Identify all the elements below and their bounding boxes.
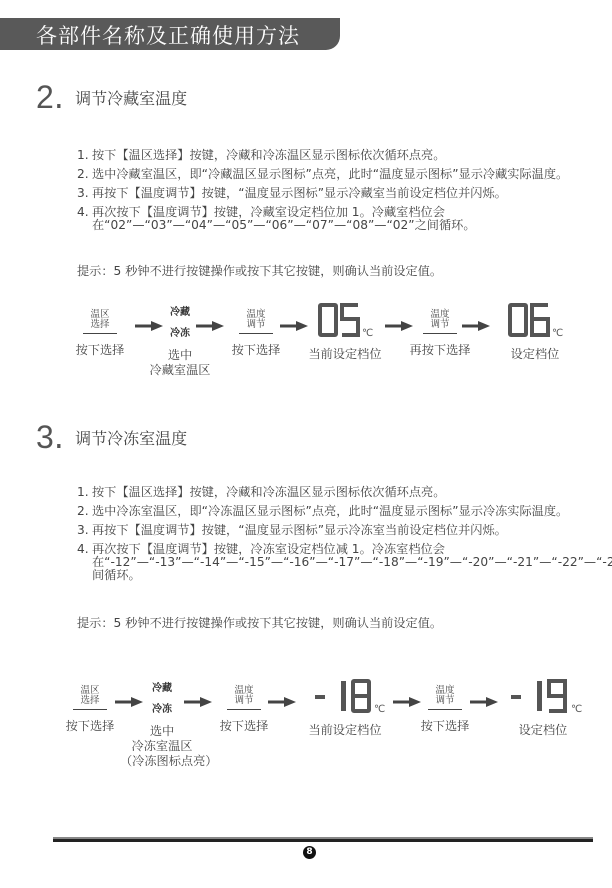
section-title: 调节冷冻室温度	[75, 429, 187, 448]
arrow-right-icon	[196, 321, 224, 331]
temp-adjust-button: 温度调节 按下选择	[410, 686, 480, 734]
arrow-right-icon	[184, 697, 212, 707]
svg-text:℃: ℃	[362, 328, 373, 339]
temp-adjust-button: 温度调节 按下选择	[214, 686, 274, 734]
section-3-tip: 提示：5 秒钟不进行按键操作或按下其它按键，则确认当前设定值。	[77, 614, 442, 631]
page-number: 8	[303, 846, 316, 859]
lcd-display-set: ℃ 设定档位	[495, 302, 575, 362]
step-item: 4.再次按下【温度调节】按键，冷冻室设定档位减 1。冷冻室档位会在“-12”—“…	[77, 543, 582, 582]
zone-select-button: 温区选择 按下选择	[70, 310, 130, 358]
svg-text:℃: ℃	[552, 328, 563, 339]
lcd-display-current: ℃ 当前设定档位	[300, 302, 390, 362]
temp-adjust-button: 温度调节 按下选择	[226, 310, 286, 358]
chapter-banner: 各部件名称及正确使用方法	[0, 18, 340, 50]
section-3-heading: 3. 调节冷冻室温度	[36, 418, 187, 456]
section-title: 调节冷藏室温度	[75, 89, 187, 108]
footer-divider	[53, 837, 593, 842]
step-item: 1.按下【温区选择】按键，冷藏和冷冻温区显示图标依次循环点亮。	[77, 486, 582, 499]
zone-select-button: 温区选择 按下选择	[60, 686, 120, 734]
section-number: 2	[36, 79, 54, 115]
section-2-steps: 1.按下【温区选择】按键，冷藏和冷冻温区显示图标依次循环点亮。 2.选中冷藏室温…	[77, 149, 582, 238]
lcd-digits-06: ℃	[506, 302, 564, 340]
lcd-display-set: ℃ 设定档位	[498, 678, 588, 738]
lcd-digits-05: ℃	[316, 302, 374, 340]
section-3-flow-diagram: 温区选择 按下选择 冷藏冷冻 选中 冷冻室温区 （冷冻图标点亮） 温度调节 按下…	[0, 678, 612, 798]
section-number: 3	[36, 419, 54, 455]
temp-adjust-button: 温度调节 再按下选择	[405, 310, 475, 358]
section-3-steps: 1.按下【温区选择】按键，冷藏和冷冻温区显示图标依次循环点亮。 2.选中冷冻室温…	[77, 486, 582, 588]
svg-text:℃: ℃	[374, 704, 385, 715]
step-item: 1.按下【温区选择】按键，冷藏和冷冻温区显示图标依次循环点亮。	[77, 149, 582, 162]
section-2-tip: 提示：5 秒钟不进行按键操作或按下其它按键，则确认当前设定值。	[77, 262, 442, 279]
arrow-right-icon	[462, 321, 490, 331]
section-2-flow-diagram: 温区选择 按下选择 冷藏冷冻 选中 冷藏室温区 温度调节 按下选择 ℃ 当前设定…	[0, 300, 612, 420]
zone-icons: 冷藏冷冻 选中 冷冻室温区 （冷冻图标点亮）	[120, 678, 204, 769]
step-item: 3.再按下【温度调节】按键，“温度显示图标”显示冷藏室当前设定档位并闪烁。	[77, 187, 582, 200]
lcd-display-current: ℃ 当前设定档位	[300, 678, 390, 738]
arrow-right-icon	[470, 697, 498, 707]
lcd-digits-minus-19: ℃	[501, 678, 585, 716]
chapter-title: 各部件名称及正确使用方法	[36, 20, 300, 50]
step-item: 2.选中冷藏室温区，即“冷藏温区显示图标”点亮，此时“温度显示图标”显示冷藏实际…	[77, 168, 582, 181]
step-item: 2.选中冷冻室温区，即“冷冻温区显示图标”点亮，此时“温度显示图标”显示冷冻实际…	[77, 505, 582, 518]
section-2-heading: 2. 调节冷藏室温度	[36, 78, 187, 116]
svg-text:℃: ℃	[571, 704, 582, 715]
step-item: 3.再按下【温度调节】按键，“温度显示图标”显示冷冻室当前设定档位并闪烁。	[77, 524, 582, 537]
step-item: 4.再次按下【温度调节】按键，冷藏室设定档位加 1。冷藏室档位会在“02”—“0…	[77, 206, 582, 232]
arrow-right-icon	[268, 697, 296, 707]
zone-icons: 冷藏冷冻 选中 冷藏室温区	[140, 302, 220, 378]
lcd-digits-minus-18: ℃	[303, 678, 387, 716]
